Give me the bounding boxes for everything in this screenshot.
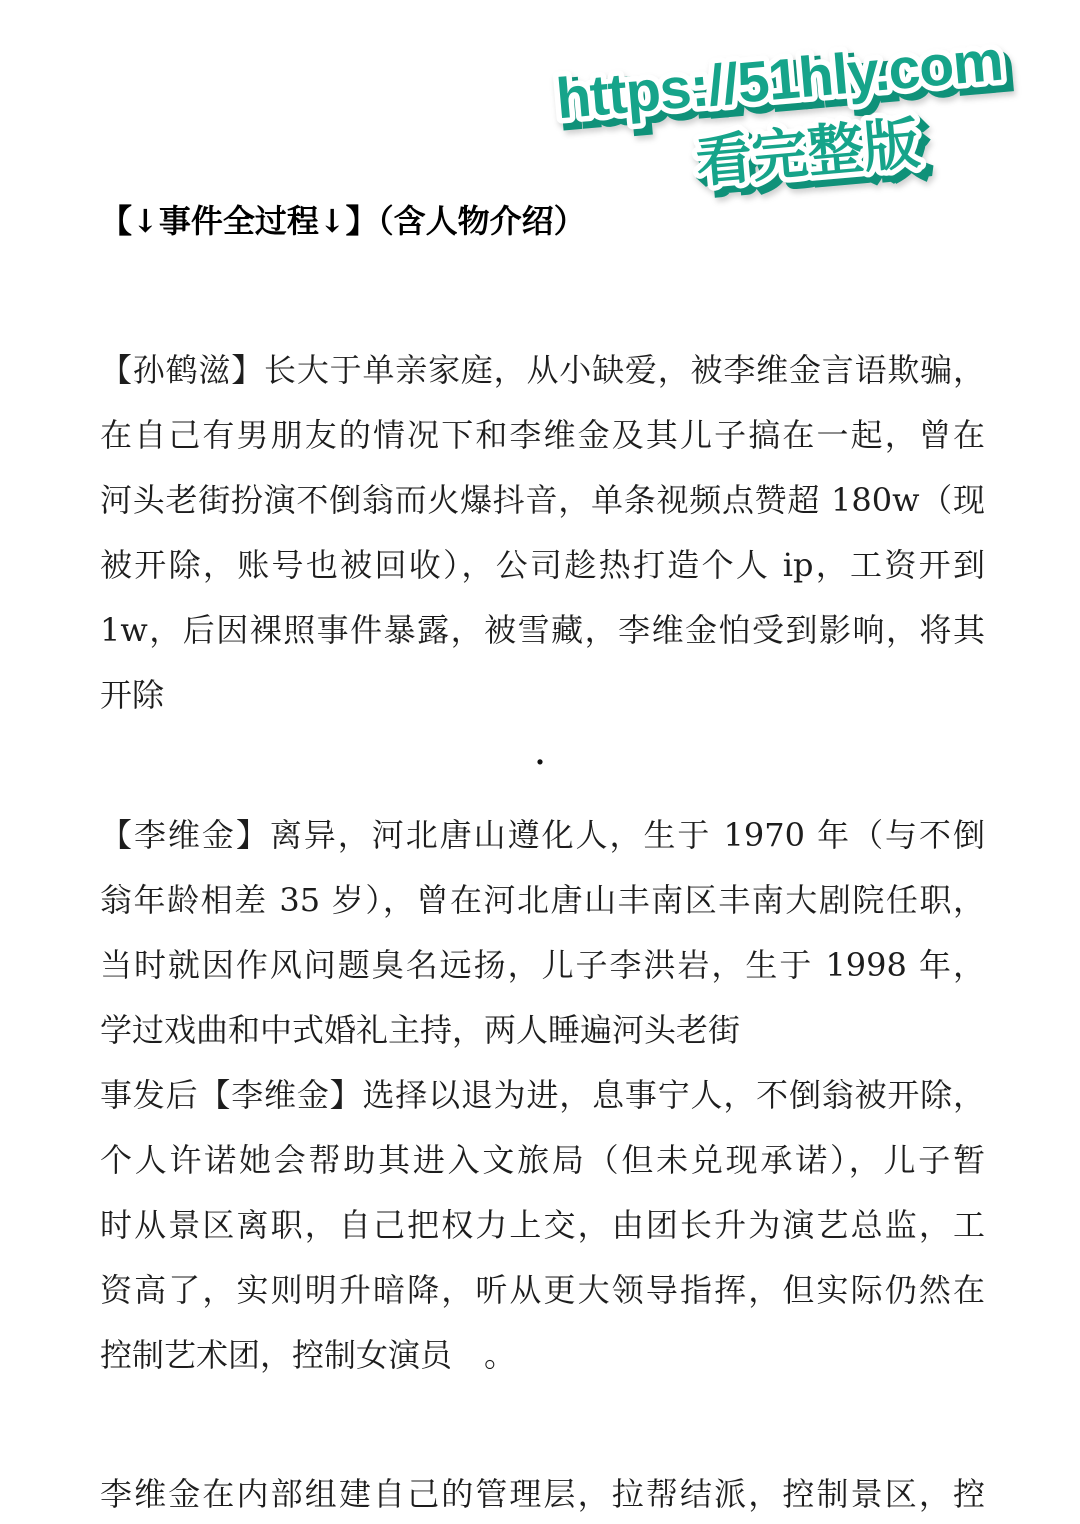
text-line: 李维金在内部组建自己的管理层，拉帮结派，控制景区，控: [100, 1462, 985, 1524]
text-line: 事发后【李维金】选择以退为进，息事宁人，不倒翁被开除，: [100, 1063, 985, 1128]
text-line: 控制艺术团，控制女演员 。: [100, 1323, 985, 1388]
paragraph-li-weijin-management: 李维金在内部组建自己的管理层，拉帮结派，控制景区，控: [100, 1462, 985, 1524]
text-line: 开除: [100, 663, 985, 728]
text-line: 翁年龄相差 35 岁），曾在河北唐山丰南区丰南大剧院任职，: [100, 868, 985, 933]
text-line: 学过戏曲和中式婚礼主持，两人睡遍河头老街: [100, 998, 985, 1063]
text-line: 个人许诺她会帮助其进入文旅局（但未兑现承诺），儿子暂: [100, 1128, 985, 1193]
text-line: 时从景区离职，自己把权力上交，由团长升为演艺总监，工: [100, 1193, 985, 1258]
text-line: 1w，后因裸照事件暴露，被雪藏，李维金怕受到影响，将其: [100, 598, 985, 663]
paragraph-li-weijin: 【李维金】离异，河北唐山遵化人，生于 1970 年（与不倒翁年龄相差 35 岁）…: [100, 803, 985, 1388]
text-line: 当时就因作风问题臭名远扬，儿子李洪岩，生于 1998 年，: [100, 933, 985, 998]
document-page: https://51hly.com 看完整版 https://51hly.com…: [0, 0, 1080, 1524]
paragraph-sun-hezi: 【孙鹤滋】长大于单亲家庭，从小缺爱，被李维金言语欺骗，在自己有男朋友的情况下和李…: [100, 338, 985, 728]
watermark: https://51hly.com 看完整版 https://51hly.com…: [512, 10, 1072, 215]
page-title: 【↓事件全过程↓】（含人物介绍）: [100, 196, 586, 242]
text-line: 在自己有男朋友的情况下和李维金及其儿子搞在一起，曾在: [100, 403, 985, 468]
text-line: 【孙鹤滋】长大于单亲家庭，从小缺爱，被李维金言语欺骗，: [100, 338, 985, 403]
text-line: 【李维金】离异，河北唐山遵化人，生于 1970 年（与不倒: [100, 803, 985, 868]
text-line: 资高了，实则明升暗降，听从更大领导指挥，但实际仍然在: [100, 1258, 985, 1323]
separator-dot: .: [0, 735, 1080, 775]
text-line: 河头老街扮演不倒翁而火爆抖音，单条视频点赞超 180w（现: [100, 468, 985, 533]
text-line: 被开除，账号也被回收），公司趁热打造个人 ip，工资开到: [100, 533, 985, 598]
